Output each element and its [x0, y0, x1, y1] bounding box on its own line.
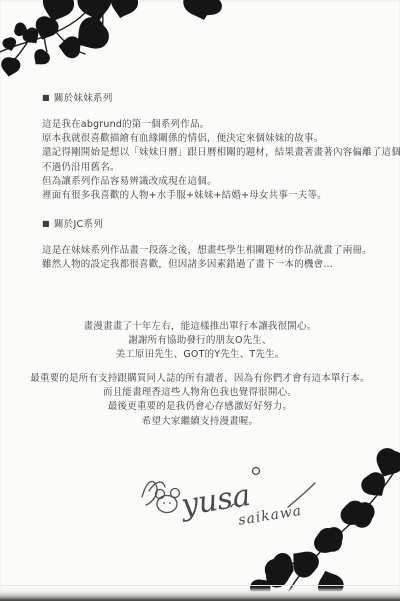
text-line: 希望大家繼續支持漫畫喔。 [0, 415, 400, 429]
text-line: 美工原田先生、GOT的Y先生、T先生。 [0, 348, 400, 362]
section-heading-text: 關於JC系列 [54, 219, 103, 230]
section-imouto-series: ■關於妹妹系列 這是我在abgrund的第一個系列作品。 原本我就很喜歡描繪有血… [42, 90, 382, 203]
leaves [0, 0, 224, 78]
text-line: 還記得剛開始是想以「妹妹日曆」跟日曆相關的題材，結果畫著畫著內容偏離了這個主題， [42, 146, 382, 160]
text-line: 而且能畫理香這些人物角色我也覺得很開心。 [0, 386, 400, 400]
vine-stems [0, 0, 103, 62]
text-line: 這是我在abgrund的第一個系列作品。 [42, 118, 382, 132]
signature-svg: yusa saikawa [136, 455, 341, 545]
scan-bottom-shadow [0, 587, 400, 601]
thanks-block: 畫漫畫畫了十年左右，能這樣推出單行本讓我很開心。 謝謝所有協助發行的朋友O先生、… [0, 320, 400, 363]
scan-hairline [0, 585, 400, 586]
text-line: 最重要的是所有支持跟購買同人誌的所有讀者，因為有你們才會有這本單行本。 [0, 372, 400, 386]
artist-signature: yusa saikawa [136, 455, 341, 545]
scan-top-edge [0, 0, 400, 2]
section-jc-series: ■關於JC系列 這是在妹妹系列作品畫一段落之後，想畫些學生相關題材的作品就畫了兩… [42, 216, 382, 272]
text-line: 裡面有很多我喜歡的人物+水手服+妹妹+結婚+母女共事一夫等。 [42, 189, 382, 203]
text-line: 謝謝所有協助發行的朋友O先生、 [0, 334, 400, 348]
section-heading-text: 關於妹妹系列 [54, 93, 113, 104]
text-line: 但為讓系列作品容易辨識改成現在這個。 [42, 175, 382, 189]
section-heading: ■關於妹妹系列 [42, 90, 382, 104]
text-line: 這是在妹妹系列作品畫一段落之後，想畫些學生相關題材的作品就畫了兩冊。 [42, 244, 382, 258]
section-heading: ■關於JC系列 [42, 216, 382, 230]
text-line: 雖然人物的設定我都很喜歡，但因諸多因素錯過了畫下一本的機會… [42, 258, 382, 272]
text-line: 畫漫畫畫了十年左右，能這樣推出單行本讓我很開心。 [0, 320, 400, 334]
square-bullet-icon: ■ [42, 219, 50, 228]
signature-text: yusa saikawa [177, 470, 303, 537]
text-line: 原本我就很喜歡描繪有血緣關係的情侶，便決定來個妹妹的故事。 [42, 132, 382, 146]
text-line: 最後更重要的是我仍會心存感激好好努力。 [0, 400, 400, 414]
square-bullet-icon: ■ [42, 93, 50, 102]
afterword-page: ■關於妹妹系列 這是我在abgrund的第一個系列作品。 原本我就很喜歡描繪有血… [0, 0, 400, 601]
closing-block: 最重要的是所有支持跟購買同人誌的所有讀者，因為有你們才會有這本單行本。 而且能畫… [0, 372, 400, 429]
text-line: 不過仍沿用舊名。 [42, 161, 382, 175]
